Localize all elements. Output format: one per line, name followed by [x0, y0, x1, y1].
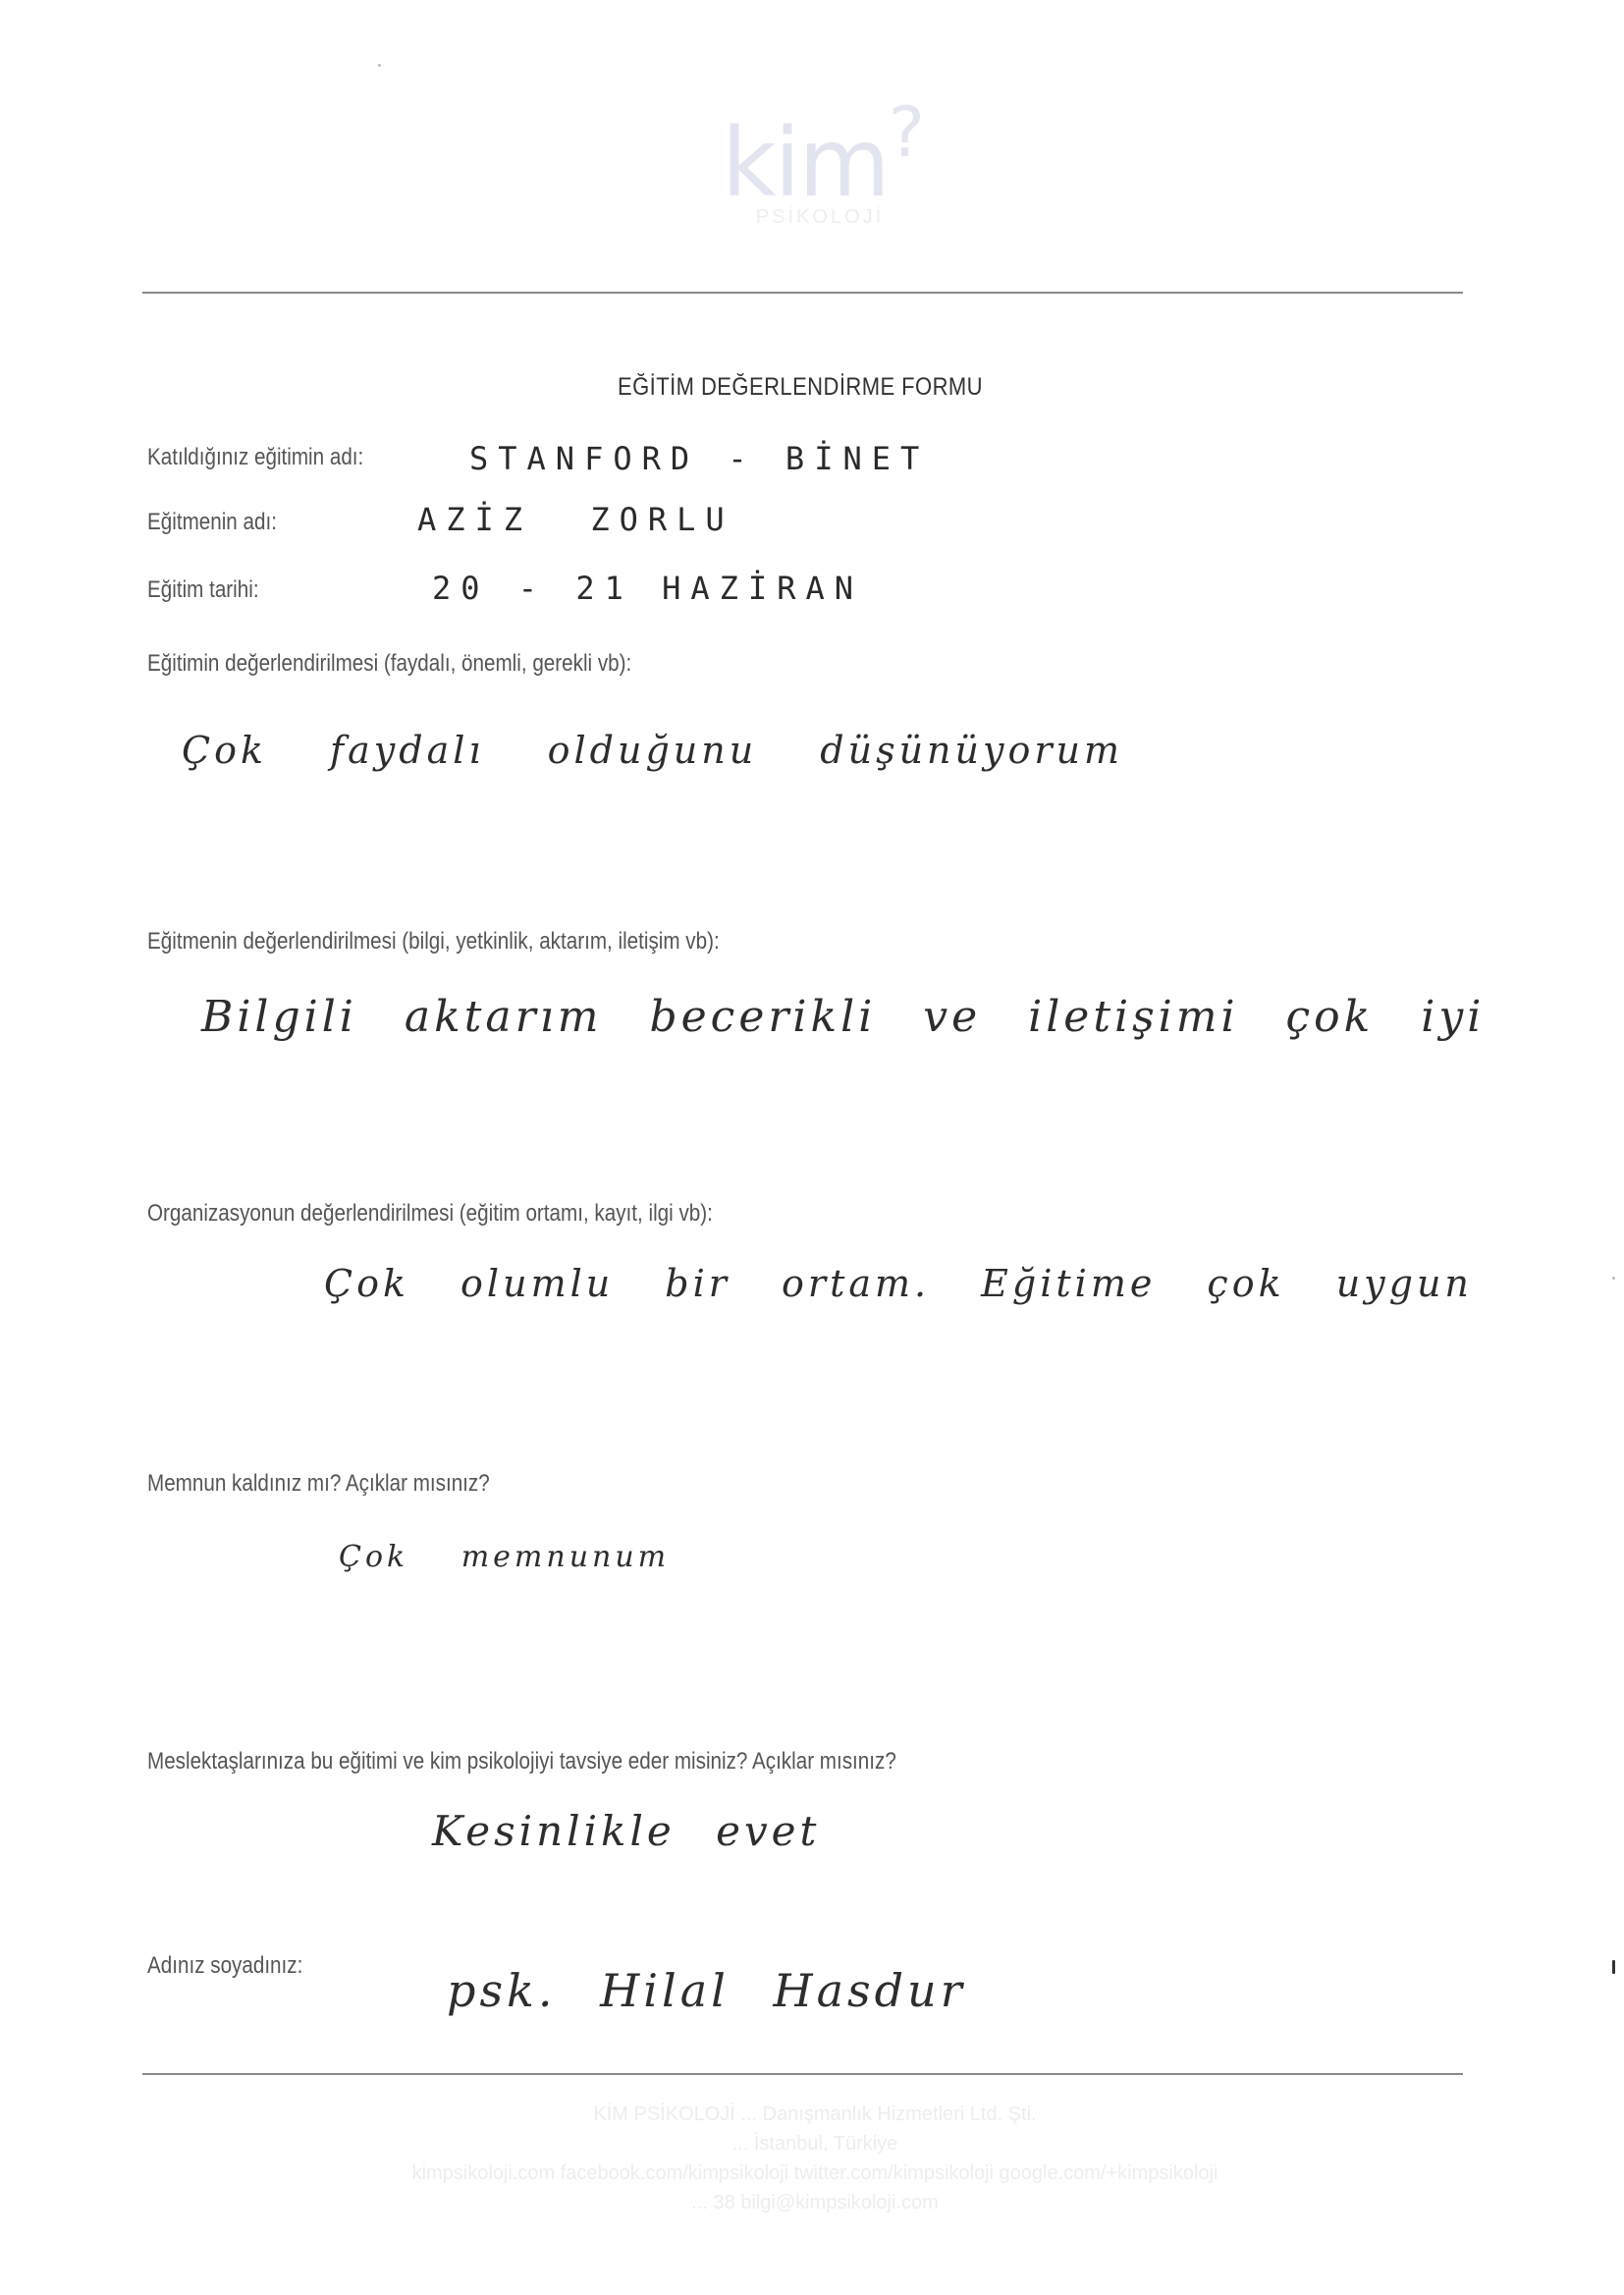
question-organization-evaluation-answer[interactable]: Çok olumlu bir ortam. Eğitime çok uygun: [324, 1262, 1473, 1305]
question-training-evaluation-label: Eğitimin değerlendirilmesi (faydalı, öne…: [147, 650, 631, 678]
footer-line-social: kimpsikoloji.com facebook.com/kimpsikolo…: [275, 2158, 1355, 2188]
footer-divider: [142, 2073, 1463, 2075]
training-name-value[interactable]: STANFORD - BİNET: [469, 440, 929, 477]
training-name-label: Katıldığınız eğitimin adı:: [147, 444, 363, 471]
name-surname-signature[interactable]: psk. Hilal Hasdur: [447, 1964, 966, 2017]
footer-line-address: ... İstanbul, Türkiye: [275, 2129, 1355, 2158]
scan-speck: [1612, 1277, 1615, 1280]
logo-question-mark: ?: [889, 92, 923, 173]
training-date-label: Eğitim tarihi:: [147, 576, 259, 604]
name-surname-label: Adınız soyadınız:: [147, 1952, 302, 1980]
scan-speck: [1612, 1960, 1615, 1974]
question-organization-evaluation-label: Organizasyonun değerlendirilmesi (eğitim…: [147, 1200, 713, 1228]
scan-speck: [378, 64, 381, 67]
logo-mark-text: kim: [722, 108, 889, 218]
question-recommendation-label: Meslektaşlarınıza bu eğitimi ve kim psik…: [147, 1748, 896, 1776]
training-date-value[interactable]: 20 - 21 HAZİRAN: [432, 570, 863, 607]
footer-line-contact: ... 38 bilgi@kimpsikoloji.com: [275, 2188, 1355, 2217]
logo-mark: kim?: [722, 83, 918, 212]
question-training-evaluation-answer[interactable]: Çok faydalı olduğunu düşünüyorum: [182, 729, 1123, 772]
question-trainer-evaluation-label: Eğitmenin değerlendirilmesi (bilgi, yetk…: [147, 928, 720, 956]
question-trainer-evaluation-answer[interactable]: Bilgili aktarım becerikli ve iletişimi ç…: [201, 992, 1485, 1042]
question-recommendation-answer[interactable]: Kesinlikle evet: [432, 1807, 820, 1855]
question-satisfaction-label: Memnun kaldınız mı? Açıklar mısınız?: [147, 1470, 490, 1498]
header-divider: [142, 292, 1463, 294]
form-title: EĞİTİM DEĞERLENDİRME FORMU: [96, 373, 1504, 402]
trainer-name-label: Eğitmenin adı:: [147, 509, 277, 536]
footer-line-company: KİM PSİKOLOJİ ... Danışmanlık Hizmetleri…: [275, 2100, 1355, 2129]
company-logo: kim? PSİKOLOJİ: [722, 83, 918, 229]
question-satisfaction-answer[interactable]: Çok memnunum: [339, 1540, 670, 1574]
trainer-name-value[interactable]: AZİZ ZORLU: [417, 501, 734, 538]
footer-contact: KİM PSİKOLOJİ ... Danışmanlık Hizmetleri…: [275, 2100, 1355, 2217]
